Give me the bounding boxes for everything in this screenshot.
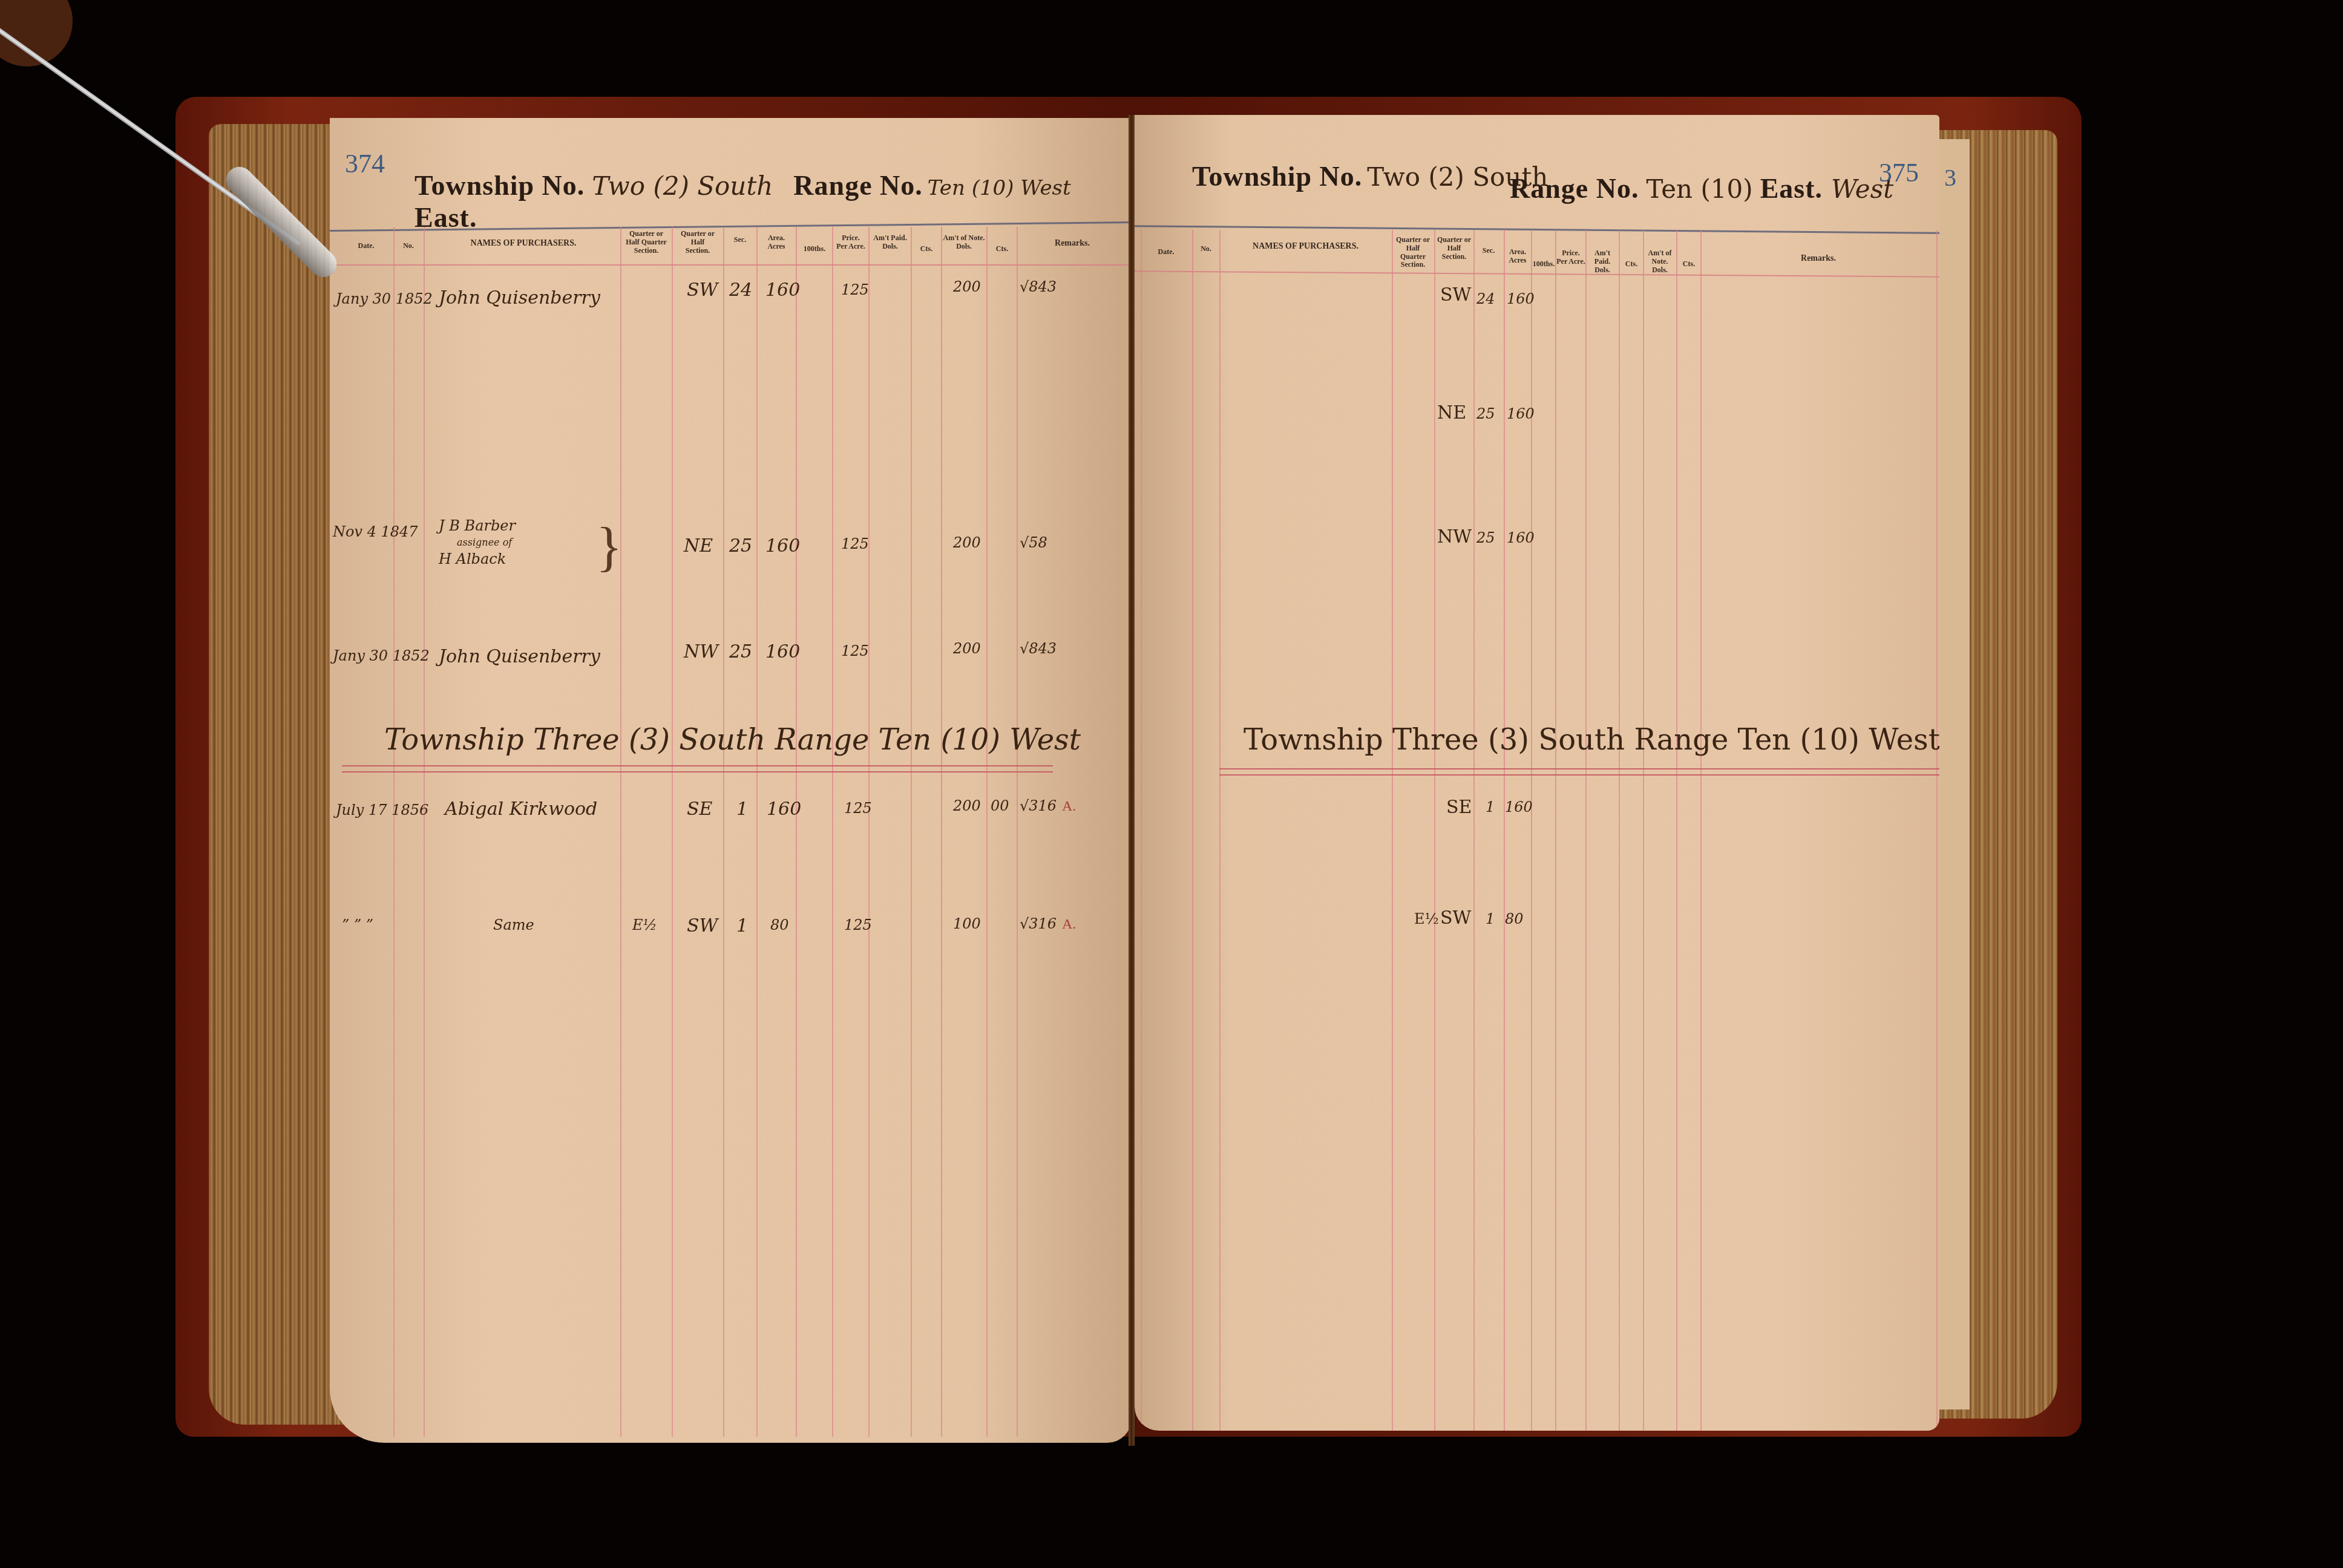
entry-remarks: √843 (1020, 640, 1057, 657)
entry-sec: 25 (1476, 529, 1495, 546)
col-header-remarks: Remarks. (1703, 254, 1933, 264)
section-header: Township Three (3) South Range Ten (10) … (1244, 723, 1939, 757)
header-top-rule (1135, 225, 1939, 234)
entry-acres: 160 (765, 641, 800, 662)
table-row: NE 25 160 (1135, 393, 1939, 454)
col-header-amt-paid: Am't Paid. Dols. (870, 234, 911, 251)
entry-acres: 160 (1507, 529, 1535, 546)
table-row: Jany 30 1852 John Quisenberry NW 25 160 … (330, 635, 1132, 696)
entry-note: 100 (953, 915, 981, 932)
range-value: Ten (10) West (928, 176, 1071, 200)
left-page: 374 Township No. Two (2) South Range No.… (330, 118, 1132, 1443)
entry-quarter: SE (1446, 797, 1472, 818)
entry-sec: 1 (1486, 910, 1495, 927)
entry-remarks-red: A. (1062, 799, 1076, 815)
entry-sec: 1 (736, 799, 748, 820)
entry-price: 125 (841, 642, 869, 659)
col-header-paid-cts: Cts. (1620, 260, 1643, 269)
col-header-note-cts: Cts. (988, 245, 1017, 253)
col-header-date: Date. (342, 242, 390, 250)
col-header-paid-cts: Cts. (912, 245, 941, 253)
section-double-rule (342, 765, 1053, 773)
table-row: NW 25 160 (1135, 520, 1939, 581)
entry-name-note: assignee of (457, 537, 512, 548)
entry-name: Abigal Kirkwood (445, 799, 597, 820)
col-header-names: NAMES OF PURCHASERS. (427, 239, 620, 249)
col-header-no: No. (1193, 245, 1219, 253)
entry-quarter: NE (684, 535, 713, 557)
entry-quarter: SW (1440, 907, 1471, 929)
section-header: Township Three (3) South Range Ten (10) … (384, 723, 1081, 757)
entry-sec: 25 (729, 535, 752, 557)
col-header-acres: Area. Acres (758, 234, 795, 251)
table-row: Jany 30 1852 John Quisenberry SW 24 160 … (330, 272, 1132, 393)
entry-sec: 24 (1476, 290, 1495, 307)
direction-handwritten: West (1831, 174, 1893, 204)
entry-sec: 25 (1476, 405, 1495, 422)
page-edges-left (209, 124, 348, 1425)
entry-remarks: √316 (1020, 915, 1057, 932)
table-row: SE 1 160 (1135, 789, 1939, 850)
township-label: Township No. (415, 170, 585, 201)
entry-name: Same (493, 916, 534, 933)
range-title: Range No. Ten (10) East. West (1510, 172, 1893, 204)
header-bottom-rule (330, 264, 1132, 266)
entry-quarter: SW (687, 915, 718, 936)
entry-acres: 160 (765, 535, 800, 557)
table-row: Nov 4 1847 J B Barber assignee of H Alba… (330, 511, 1132, 608)
entry-remarks: √58 (1020, 534, 1047, 551)
entry-quarter: NW (1437, 526, 1472, 547)
col-header-price: Price. Per Acre. (1556, 249, 1585, 266)
entry-remarks-red: A. (1062, 916, 1076, 933)
entry-acres: 80 (1505, 910, 1524, 927)
brace: } (596, 516, 622, 578)
col-header-acres: Area. Acres (1505, 248, 1530, 265)
entry-price: 125 (841, 535, 869, 552)
entry-sec: 25 (729, 641, 752, 662)
entry-note-cts: 00 (991, 797, 1009, 814)
entry-quarter: NW (684, 641, 718, 662)
entry-acres: 160 (1505, 799, 1533, 815)
range-label: Range No. (1510, 173, 1639, 204)
entry-half-quarter: E½ (1414, 910, 1439, 927)
entry-note: 200 (953, 278, 981, 295)
entry-quarter: SW (687, 279, 718, 301)
entry-date: Nov 4 1847 (333, 523, 418, 540)
col-header-sec: Sec. (1475, 247, 1502, 255)
entry-sec: 1 (736, 915, 748, 936)
entry-date: ” ” ” (342, 916, 373, 933)
table-row: E½ SW 1 80 (1135, 901, 1939, 962)
entry-note: 200 (953, 534, 981, 551)
col-header-sec: Sec. (724, 236, 756, 244)
col-header-amt-paid: Am't Paid. Dols. (1587, 249, 1618, 274)
direction-label: East. (1760, 173, 1823, 204)
col-header-names: NAMES OF PURCHASERS. (1222, 242, 1389, 252)
entry-acres: 160 (1507, 290, 1535, 307)
table-row: July 17 1856 Abigal Kirkwood SE 1 160 12… (330, 792, 1132, 853)
entry-name: J B Barber (439, 517, 516, 534)
entry-price: 125 (844, 916, 872, 933)
entry-date: Jany 30 1852 (336, 290, 433, 307)
col-header-no: No. (396, 242, 421, 250)
next-leaf-page-number: 3 (1944, 163, 1956, 192)
right-page: 375 Township No. Two (2) South Range No.… (1135, 115, 1939, 1431)
entry-note: 200 (953, 640, 981, 657)
col-header-quarter-half: Quarter or Half Section. (1435, 236, 1473, 261)
col-header-quarter-half-quarter: Quarter or Half Quarter Section. (1393, 236, 1433, 269)
entry-half-quarter: E½ (632, 916, 657, 933)
township-value: Two (2) South (592, 171, 773, 201)
section-double-rule (1219, 768, 1939, 776)
col-header-remarks: Remarks. (1018, 239, 1127, 249)
entry-acres: 160 (765, 279, 800, 301)
entry-acres: 160 (1507, 405, 1535, 422)
range-label: Range No. (793, 170, 922, 201)
col-header-100ths: 100ths. (797, 245, 832, 253)
page-number: 374 (345, 148, 385, 179)
entry-date: Jany 30 1852 (333, 647, 430, 664)
col-header-quarter-half-quarter: Quarter or Half Quarter Section. (621, 230, 671, 255)
entry-price: 125 (841, 281, 869, 298)
entry-name-line3: H Alback (439, 550, 506, 567)
entry-quarter: SW (1440, 284, 1471, 305)
entry-quarter: NE (1437, 402, 1466, 423)
table-row: SW 24 160 (1135, 275, 1939, 336)
entry-quarter: SE (687, 799, 712, 820)
township-label: Township No. (1192, 161, 1362, 192)
entry-sec: 1 (1486, 799, 1495, 815)
table-row: ” ” ” Same E½ SW 1 80 125 100 √316 A. (330, 910, 1132, 971)
col-header-price: Price. Per Acre. (833, 234, 868, 251)
entry-name: John Quisenberry (439, 646, 600, 667)
entry-remarks: √316 (1020, 797, 1057, 814)
entry-name: John Quisenberry (439, 287, 600, 309)
col-header-amt-note: Am't of Note. Dols. (1644, 249, 1676, 274)
entry-date: July 17 1856 (336, 802, 428, 818)
entry-sec: 24 (729, 279, 752, 301)
entry-remarks: √843 (1020, 278, 1057, 295)
next-leaf: 3 (1939, 139, 1970, 1410)
book-spine (1129, 115, 1135, 1446)
col-header-note-cts: Cts. (1677, 260, 1700, 269)
entry-price: 125 (844, 800, 872, 817)
col-header-quarter-half: Quarter or Half Section. (673, 230, 723, 255)
col-header-date: Date. (1142, 248, 1190, 256)
col-header-amt-note: Am't of Note. Dols. (942, 234, 986, 251)
entry-acres: 160 (767, 799, 801, 820)
entry-note: 200 (953, 797, 981, 814)
col-header-100ths: 100ths. (1532, 260, 1555, 269)
entry-acres: 80 (770, 916, 789, 933)
range-value: Ten (10) (1646, 174, 1752, 204)
